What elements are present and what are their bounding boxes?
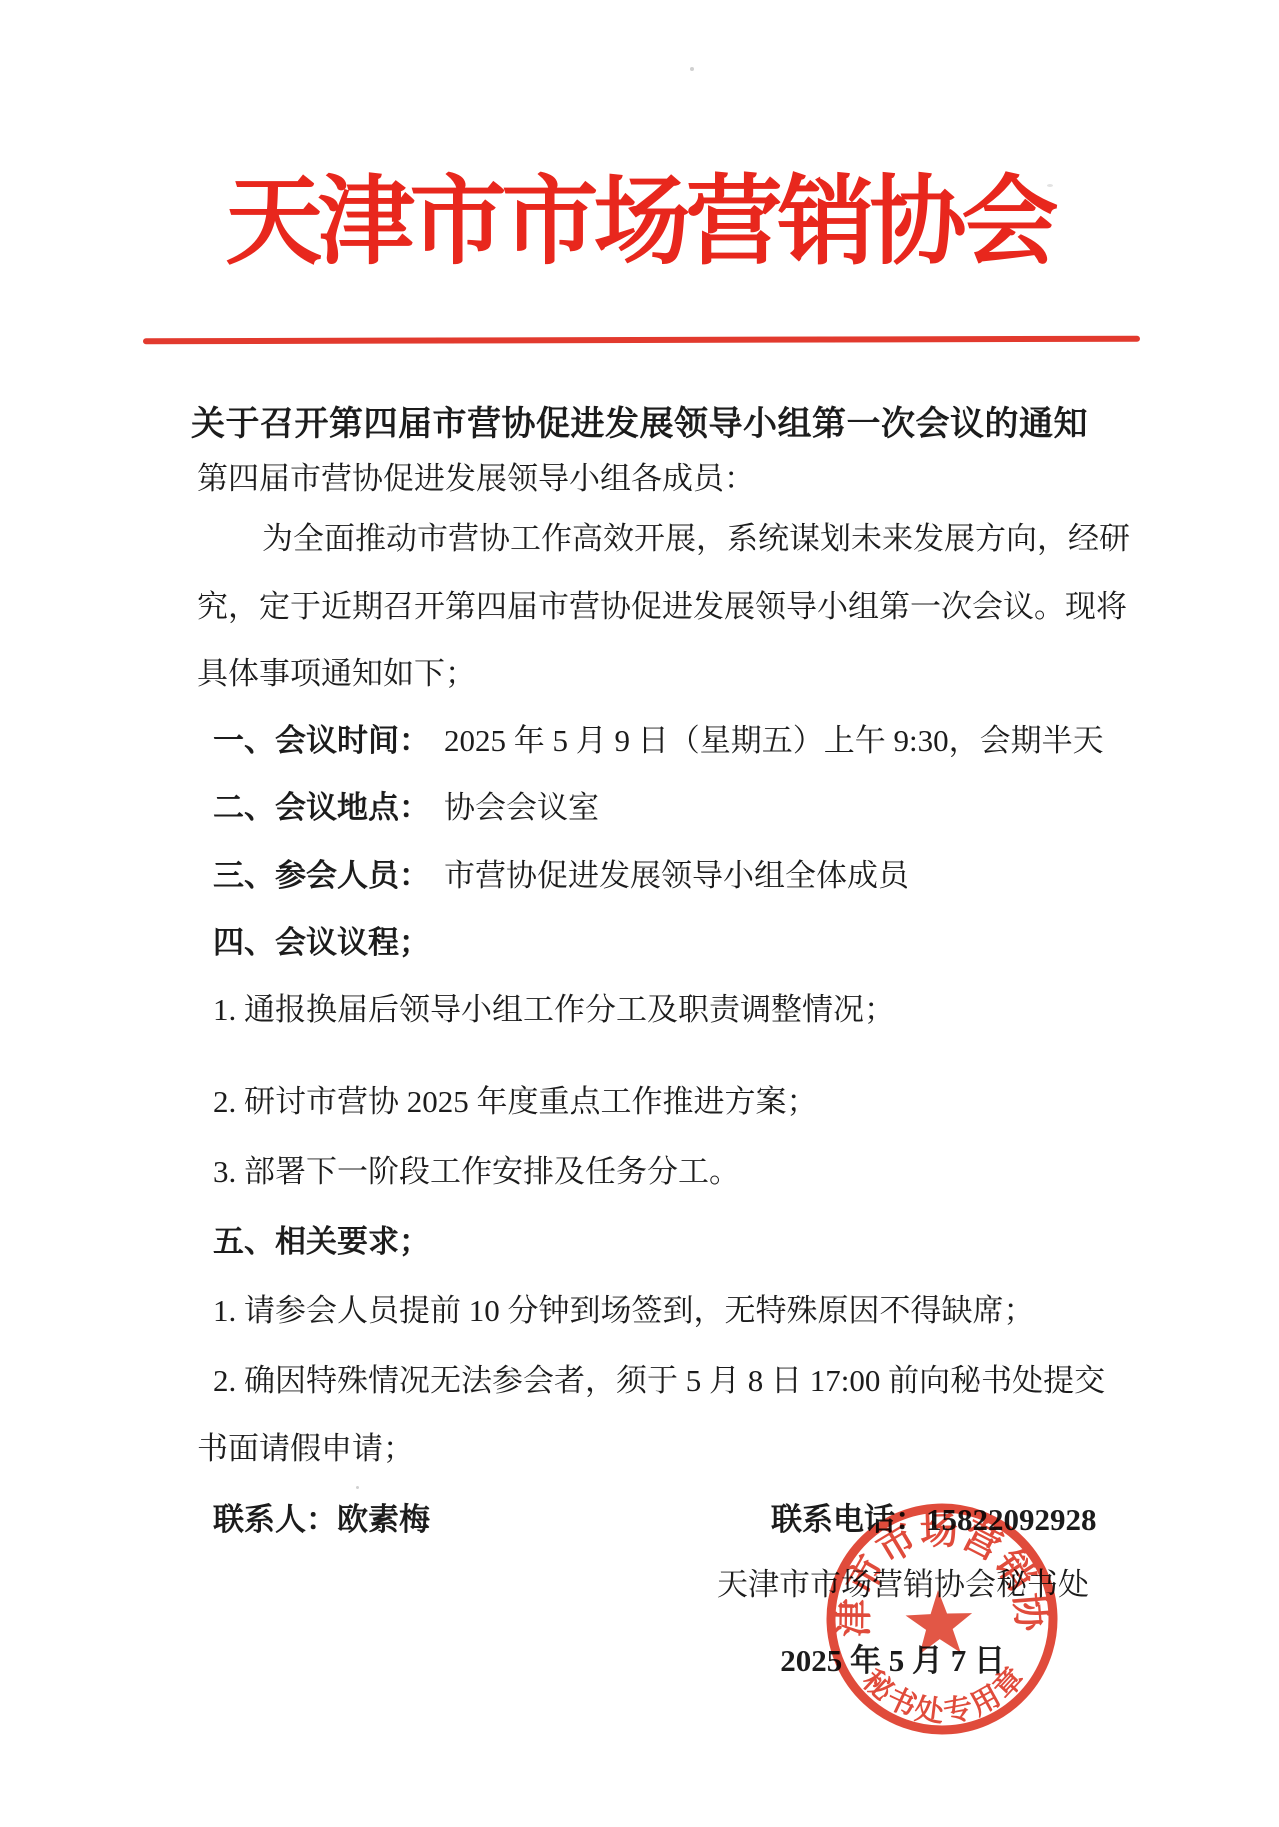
- scan-speck: [356, 1486, 359, 1489]
- agenda-item: 1. 通报换届后领导小组工作分工及职责调整情况；: [213, 989, 1159, 1031]
- agenda-item: 3. 部署下一阶段工作安排及任务分工。: [213, 1151, 1159, 1193]
- meeting-place-value: 协会会议室: [444, 790, 599, 825]
- meeting-time-row: 一、会议时间：2025 年 5 月 9 日（星期五）上午 9:30，会期半天: [213, 720, 1159, 762]
- attendees-value: 市营协促进发展领导小组全体成员: [444, 858, 909, 893]
- meeting-time-value: 2025 年 5 月 9 日（星期五）上午 9:30，会期半天: [444, 723, 1104, 758]
- scan-speck: [690, 67, 694, 71]
- letterhead-divider-line: [143, 336, 1140, 345]
- attendees-row: 三、参会人员：市营协促进发展领导小组全体成员: [213, 855, 1159, 897]
- stamp-bottom-text: 秘书处专用章: [855, 1658, 1034, 1733]
- meeting-place-label: 二、会议地点：: [213, 790, 430, 825]
- requirements-heading: 五、相关要求；: [213, 1221, 1159, 1263]
- stamp-star-icon: [905, 1589, 974, 1655]
- agenda-item: 2. 研讨市营协 2025 年度重点工作推进方案；: [213, 1081, 1159, 1123]
- meeting-place-row: 二、会议地点：协会会议室: [213, 787, 1159, 829]
- scanned-notice-page: 天津市市场营销协会 关于召开第四届市营协促进发展领导小组第一次会议的通知 第四届…: [0, 0, 1279, 1827]
- attendees-label: 三、参会人员：: [213, 858, 430, 893]
- requirement-line: 1. 请参会人员提前 10 分钟到场签到，无特殊原因不得缺席；: [213, 1290, 1159, 1332]
- agenda-heading-row: 四、会议议程；: [213, 922, 1159, 964]
- contact-person-name: 欧素梅: [337, 1502, 430, 1537]
- official-stamp: 天津市市场营销协会 秘书处专用章: [787, 1464, 1097, 1774]
- intro-paragraph-line: 为全面推动市营协工作高效开展，系统谋划未来发展方向，经研: [262, 518, 1159, 560]
- scan-speck: [462, 1092, 466, 1096]
- intro-paragraph-line: 具体事项通知如下；: [197, 653, 1159, 695]
- agenda-heading-label: 四、会议议程；: [213, 925, 430, 960]
- contact-person-label: 联系人：: [213, 1502, 337, 1537]
- meeting-time-label: 一、会议时间：: [213, 723, 430, 758]
- scan-speck: [1047, 184, 1053, 187]
- requirement-wrap-line: 书面请假申请；: [197, 1428, 1159, 1470]
- requirement-line: 2. 确因特殊情况无法参会者，须于 5 月 8 日 17:00 前向秘书处提交: [213, 1360, 1159, 1402]
- salutation-line: 第四届市营协促进发展领导小组各成员：: [197, 458, 1159, 500]
- intro-paragraph-line: 究，定于近期召开第四届市营协促进发展领导小组第一次会议。现将: [197, 586, 1159, 628]
- letterhead-org-title: 天津市市场营销协会: [0, 148, 1279, 298]
- notice-title: 关于召开第四届市营协促进发展领导小组第一次会议的通知: [0, 404, 1279, 446]
